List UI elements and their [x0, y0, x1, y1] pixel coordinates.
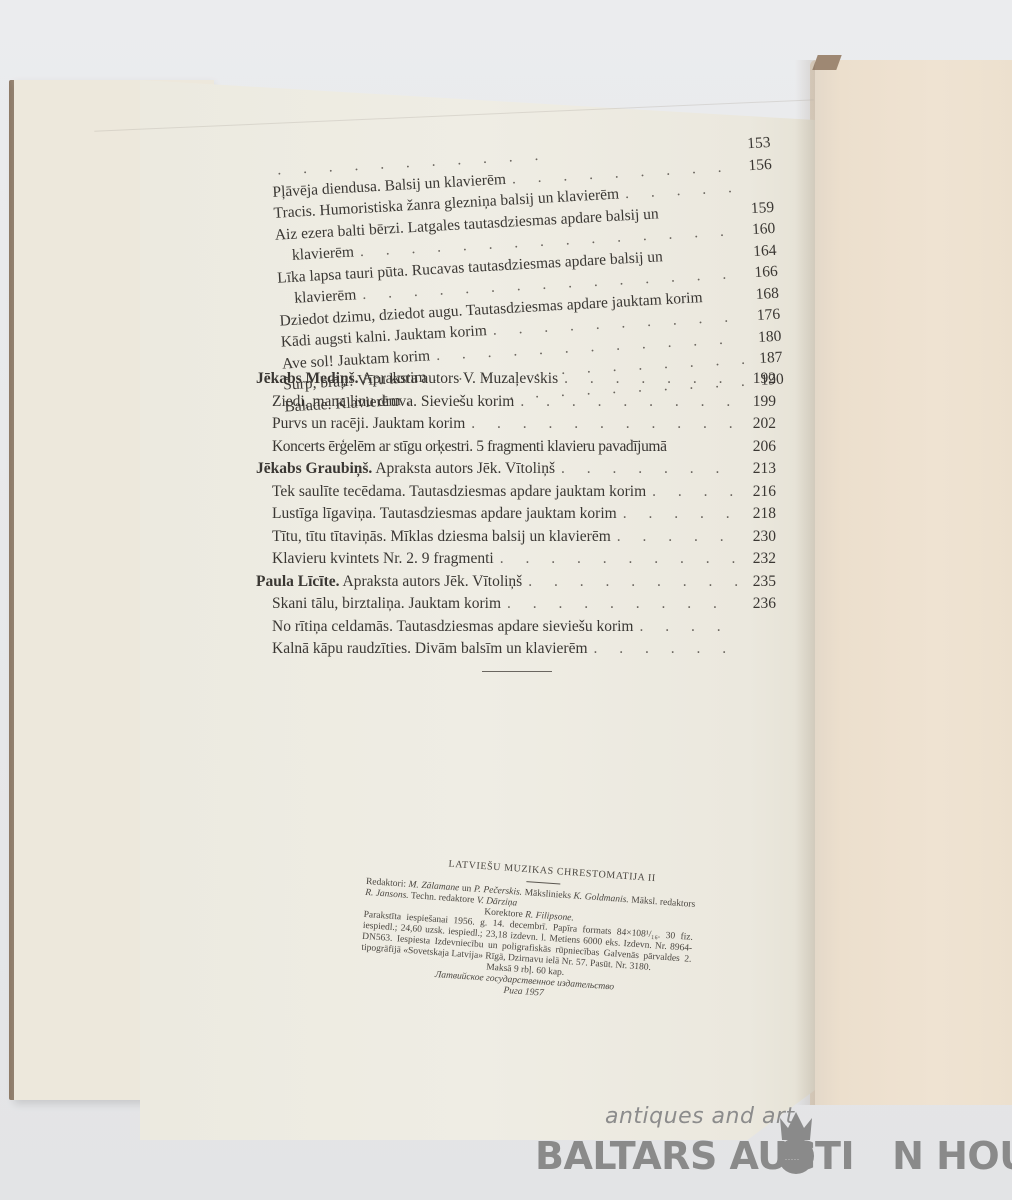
toc-page-number: 236: [738, 595, 776, 613]
toc-title: Kalnā kāpu raudzīties. Divām balsīm un k…: [272, 640, 588, 658]
leader-dots: . . . . . . . . . . . . . . . . . .: [494, 550, 738, 568]
toc-page-number: 176: [742, 306, 781, 326]
toc-entry: No rītiņa celdamās. Tautasdziesmas apdar…: [256, 618, 776, 641]
composer-name: Jēkabs Mediņš.: [256, 370, 359, 387]
toc-page-number: 206: [738, 438, 776, 456]
toc-title: Klavieru kvintets Nr. 2. 9 fragmenti: [272, 550, 494, 568]
toc-page-number: 156: [733, 155, 772, 175]
toc-page-number: 159: [736, 198, 775, 218]
toc-page-number: 199: [738, 393, 776, 411]
leader-dots: . . . . . . . . . . . . . . . . . . . . …: [555, 460, 738, 478]
toc-title: Apraksta autors Jēk. Vītoliņš: [340, 573, 523, 590]
leader-dots: . . . . . . . . . . . . . . . . . . . . …: [465, 415, 738, 433]
toc-page-number: 218: [738, 505, 776, 523]
toc-page-number: 168: [740, 284, 779, 304]
toc-title: Lustīga līgaviņa. Tautasdziesmas apdare …: [272, 505, 617, 523]
leader-dots: . . . . . . . . . . . . . . . . . . . . …: [514, 393, 738, 411]
toc-page-number: 166: [739, 263, 778, 283]
leader-dots: . . . . .: [633, 618, 738, 636]
artist-name: K. Goldmanis.: [573, 891, 629, 905]
toc-page-number: 160: [737, 220, 776, 240]
auction-house-watermark: antiques and art BALTARS AUCTIN HOUSE ..…: [535, 1098, 995, 1168]
leader-dots: . . . . . . .: [588, 640, 738, 658]
leader-dots: . . . . . . . . . . . . . . . . . .: [522, 573, 738, 591]
toc-page-number: 232: [738, 550, 776, 568]
toc-entry: Tek saulīte tecēdama. Tautasdziesmas apd…: [256, 483, 776, 506]
tech-editor-name: V. Dārziņa: [476, 896, 517, 909]
colophon-rule: [526, 881, 560, 884]
toc-title: Apraksta autors Jēk. Vītoliņš: [372, 460, 555, 477]
toc-entry: Jēkabs Mediņš. Apraksta autors V. Muzaļe…: [256, 370, 776, 393]
leader-dots: . . . . . . .: [611, 528, 738, 546]
toc-entry: Kalnā kāpu raudzīties. Divām balsīm un k…: [256, 640, 776, 663]
toc-title: klavierēm: [292, 243, 355, 264]
toc-title: Apraksta autors V. Muzaļevskis: [359, 370, 559, 387]
toc-page-number: 153: [732, 134, 771, 154]
composer-name: Jēkabs Graubiņš.: [256, 460, 372, 477]
leader-dots: [703, 299, 741, 301]
leader-dots: [663, 256, 739, 260]
toc-page-number: 164: [738, 241, 777, 261]
table-of-contents-bottom: Jēkabs Mediņš. Apraksta autors V. Muzaļe…: [256, 370, 776, 663]
leader-dots: [659, 214, 737, 218]
composer-name: Paula Līcīte.: [256, 573, 340, 590]
toc-page-number: 180: [743, 327, 782, 347]
toc-page-number: 213: [738, 460, 776, 478]
toc-entry: Klavieru kvintets Nr. 2. 9 fragmenti . .…: [256, 550, 776, 573]
section-divider: [482, 671, 552, 672]
toc-entry: Purvs un racēji. Jauktam korim . . . . .…: [256, 415, 776, 438]
leader-dots: . . . . . . .: [646, 483, 738, 501]
toc-title: klavierēm: [294, 286, 357, 307]
toc-title: Koncerts ērģelēm ar stīgu orķestri. 5 fr…: [272, 438, 667, 456]
toc-page-number: 235: [738, 573, 776, 591]
toc-title: No rītiņa celdamās. Tautasdziesmas apdar…: [272, 618, 633, 636]
leader-dots: . . . . . . . . . . . . . . . . . .: [501, 595, 738, 613]
leader-dots: . . . . . . .: [617, 505, 738, 523]
toc-page-number: 192: [738, 370, 776, 388]
toc-page-number: 230: [738, 528, 776, 546]
toc-entry: Skani tālu, birztaliņa. Jauktam korim . …: [256, 595, 776, 618]
leader-dots: . . . . . . . . . . . . . . . . . . . . …: [558, 370, 738, 388]
watermark-logo-circle: .....: [778, 1138, 814, 1174]
toc-page-number: 187: [744, 349, 783, 369]
toc-title: Ziedi, mana linu druva. Sieviešu korim: [272, 393, 514, 411]
toc-entry: Jēkabs Graubiņš. Apraksta autors Jēk. Vī…: [256, 460, 776, 483]
toc-entry: Koncerts ērģelēm ar stīgu orķestri. 5 fr…: [256, 438, 776, 461]
watermark-name: BALTARS AUCTIN HOUSE: [535, 1134, 1012, 1178]
toc-title: Tītu, tītu tītaviņās. Mīklas dziesma bal…: [272, 528, 611, 546]
toc-entry: Paula Līcīte. Apraksta autors Jēk. Vītol…: [256, 573, 776, 596]
toc-page-number: [735, 190, 773, 192]
toc-title: Purvs un racēji. Jauktam korim: [272, 415, 465, 433]
toc-entry: Lustīga līgaviņa. Tautasdziesmas apdare …: [256, 505, 776, 528]
toc-entry: Tītu, tītu tītaviņās. Mīklas dziesma bal…: [256, 528, 776, 551]
watermark-tagline: antiques and art: [605, 1104, 795, 1129]
gutter-shadow: [795, 60, 815, 1105]
colophon: LATVIEŠU MUZIKAS CHRESTOMATIJA II Redakt…: [359, 853, 698, 1010]
toc-title: Skani tālu, birztaliņa. Jauktam korim: [272, 595, 501, 613]
toc-page-number: 202: [738, 415, 776, 433]
right-page: [810, 60, 1012, 1105]
art-editor-name: R. Jansons.: [365, 888, 409, 901]
toc-title: Tek saulīte tecēdama. Tautasdziesmas apd…: [272, 483, 646, 501]
toc-entry: Ziedi, mana linu druva. Sieviešu korim .…: [256, 393, 776, 416]
toc-page-number: 216: [738, 483, 776, 501]
